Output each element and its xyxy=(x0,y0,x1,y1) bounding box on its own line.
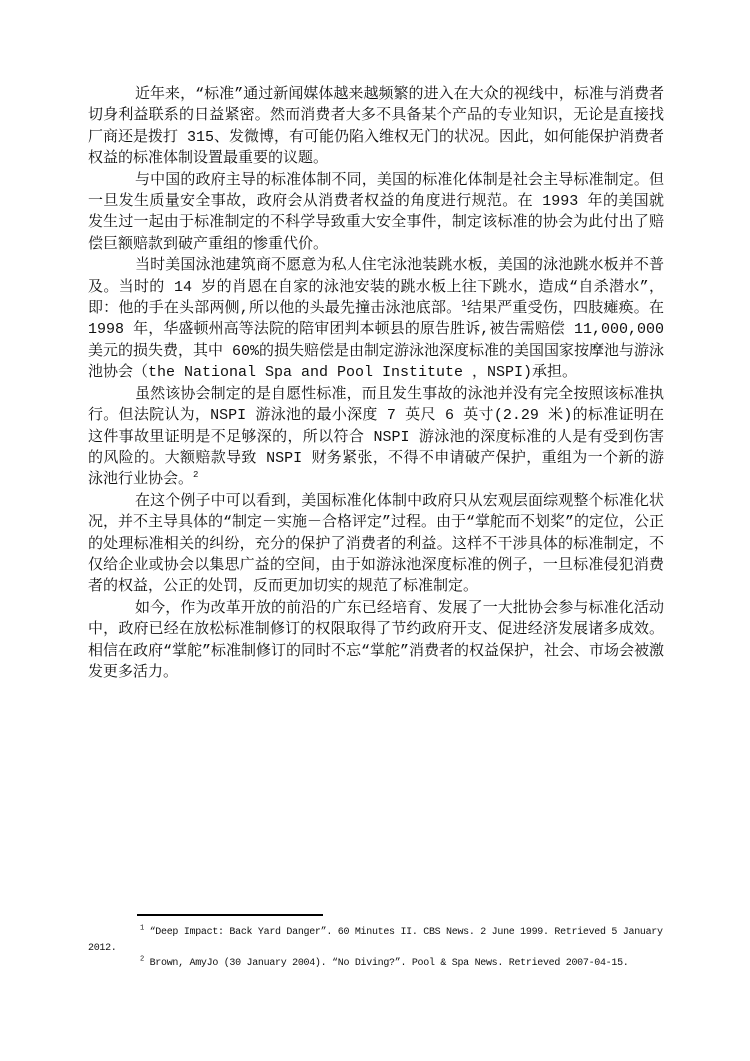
footnote-text: “Deep Impact: Back Yard Danger”. 60 Minu… xyxy=(88,927,663,954)
text-run: 如今，作为改革开放的前沿的广东已经培育、发展了一大批协会参与标准化活动中，政府已… xyxy=(88,600,664,681)
footnote-text: Brown, AmyJo (30 January 2004). “No Divi… xyxy=(144,958,629,969)
footnote-ref: 2 xyxy=(193,470,198,480)
paragraph: 近年来，“标准”通过新闻媒体越来越频繁的进入在大众的视线中，标准与消费者切身利益… xyxy=(88,84,664,170)
article-body: 近年来，“标准”通过新闻媒体越来越频繁的进入在大众的视线中，标准与消费者切身利益… xyxy=(88,84,664,683)
footnotes-section: 1 “Deep Impact: Back Yard Danger”. 60 Mi… xyxy=(88,914,664,972)
text-run: 虽然该协会制定的是自愿性标准，而且发生事故的泳池并没有完全按照该标准执行。但法院… xyxy=(88,386,664,489)
paragraph: 与中国的政府主导的标准体制不同，美国的标准化体制是社会主导标准制定。但一旦发生质… xyxy=(88,170,664,256)
paragraph: 当时美国泳池建筑商不愿意为私人住宅泳池装跳水板，美国的泳池跳水板并不普及。当时的… xyxy=(88,255,664,383)
paragraph: 在这个例子中可以看到，美国标准化体制中政府只从宏观层面综观整个标准化状况，并不主… xyxy=(88,491,664,598)
footnote-separator xyxy=(137,914,323,916)
footnote: 1 “Deep Impact: Back Yard Danger”. 60 Mi… xyxy=(88,925,664,956)
text-run: 在这个例子中可以看到，美国标准化体制中政府只从宏观层面综观整个标准化状况，并不主… xyxy=(88,493,664,596)
document-page: 近年来，“标准”通过新闻媒体越来越频繁的进入在大众的视线中，标准与消费者切身利益… xyxy=(0,0,750,1061)
footnote: 2 Brown, AmyJo (30 January 2004). “No Di… xyxy=(88,956,664,972)
text-run: 与中国的政府主导的标准体制不同，美国的标准化体制是社会主导标准制定。但一旦发生质… xyxy=(88,172,664,253)
text-run: 近年来，“标准”通过新闻媒体越来越频繁的进入在大众的视线中，标准与消费者切身利益… xyxy=(88,86,664,167)
footnote-list: 1 “Deep Impact: Back Yard Danger”. 60 Mi… xyxy=(88,925,664,972)
paragraph: 虽然该协会制定的是自愿性标准，而且发生事故的泳池并没有完全按照该标准执行。但法院… xyxy=(88,384,664,491)
paragraph: 如今，作为改革开放的前沿的广东已经培育、发展了一大批协会参与标准化活动中，政府已… xyxy=(88,598,664,684)
